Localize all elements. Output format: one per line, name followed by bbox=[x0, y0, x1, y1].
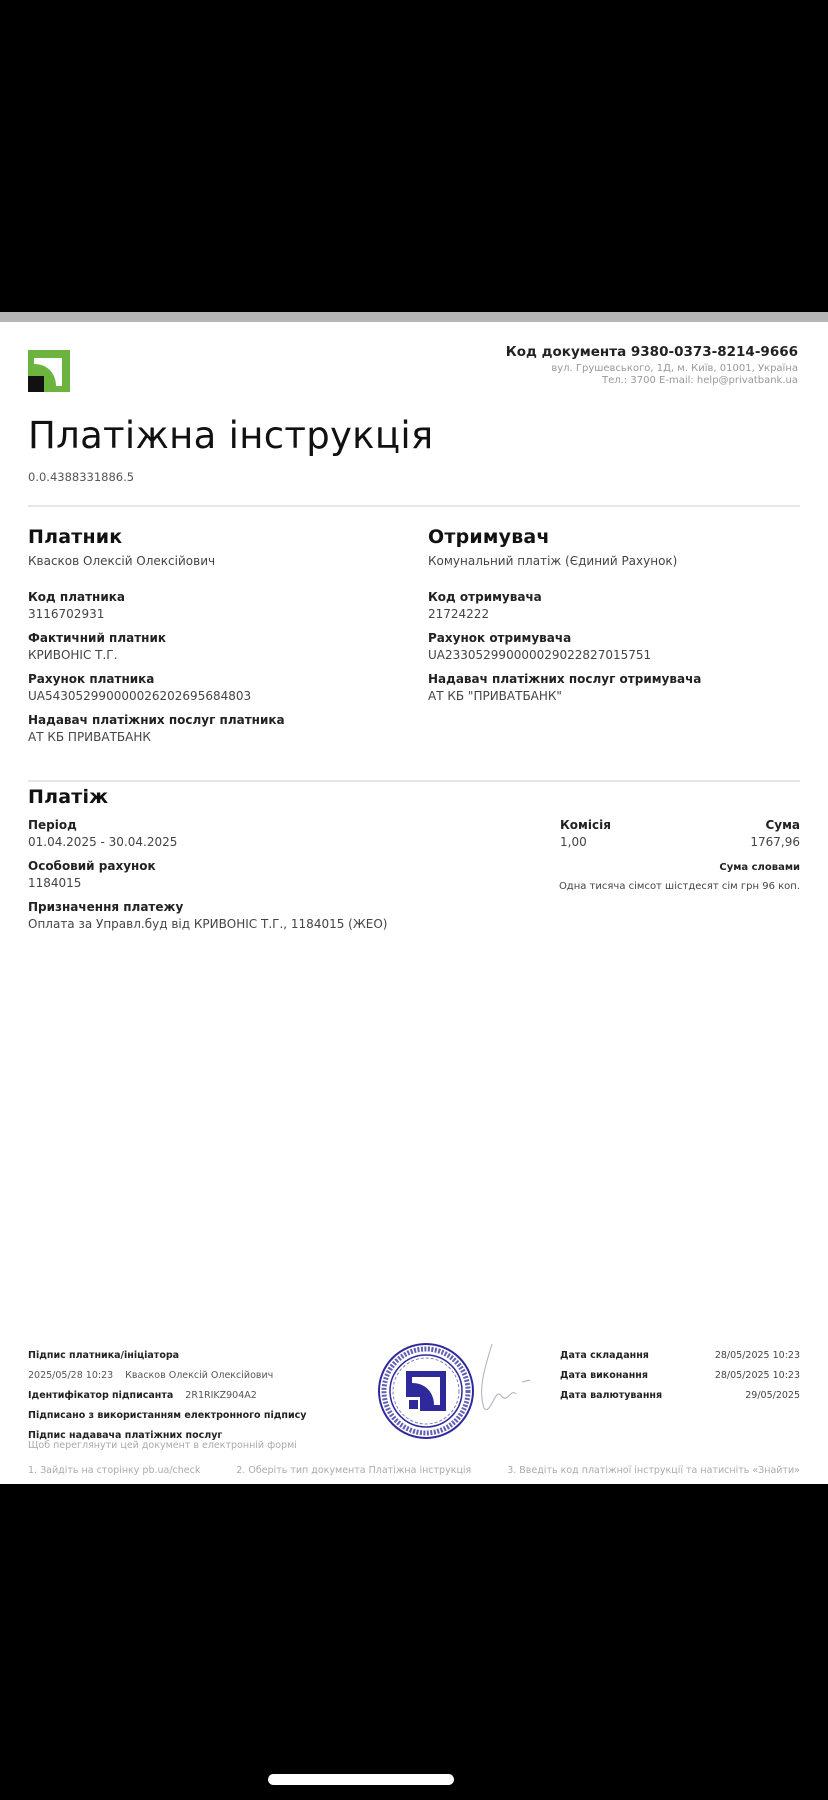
handwritten-signature-icon bbox=[470, 1340, 540, 1420]
bank-contacts: Тел.: 3700 E-mail: help@privatbank.ua bbox=[506, 375, 798, 387]
check-step-1: 1. Зайдіть на сторінку pb.ua/check bbox=[28, 1465, 200, 1476]
page-title: Платіжна інструкція bbox=[28, 414, 433, 457]
document-header: Код документа 9380-0373-8214-9666 вул. Г… bbox=[506, 344, 798, 387]
document-page: Код документа 9380-0373-8214-9666 вул. Г… bbox=[0, 322, 828, 1484]
privatbank-logo-icon bbox=[28, 350, 70, 392]
divider bbox=[28, 780, 800, 782]
payer-title: Платник bbox=[28, 526, 388, 548]
period-field: Період 01.04.2025 - 30.04.2025 bbox=[28, 818, 488, 849]
recipient-section: Отримувач Комунальний платіж (Єдиний Рах… bbox=[428, 526, 788, 703]
payer-provider-field: Надавач платіжних послуг платника АТ КБ … bbox=[28, 713, 388, 744]
payment-title: Платіж bbox=[28, 786, 800, 808]
initiator-signature: 2025/05/28 10:23Квасков Олексій Олексійо… bbox=[28, 1366, 368, 1386]
home-indicator[interactable] bbox=[268, 1774, 454, 1785]
date-value-row: Дата валютування 29/05/2025 bbox=[560, 1386, 800, 1406]
check-step-2: 2. Оберіть тип документа Платіжна інстру… bbox=[236, 1465, 471, 1476]
date-executed-row: Дата виконання 28/05/2025 10:23 bbox=[560, 1366, 800, 1386]
viewer-top-area bbox=[0, 0, 828, 312]
payment-section: Платіж Період 01.04.2025 - 30.04.2025 Ос… bbox=[28, 786, 800, 808]
personal-account-field: Особовий рахунок 1184015 bbox=[28, 859, 488, 890]
bank-stamp-icon bbox=[376, 1341, 476, 1441]
recipient-account-field: Рахунок отримувача UA2330529900000290228… bbox=[428, 631, 788, 662]
recipient-provider-field: Надавач платіжних послуг отримувача АТ К… bbox=[428, 672, 788, 703]
divider bbox=[28, 505, 800, 507]
document-number: 0.0.4388331886.5 bbox=[28, 470, 134, 484]
date-created-row: Дата складання 28/05/2025 10:23 bbox=[560, 1346, 800, 1366]
payer-code-field: Код платника 3116702931 bbox=[28, 590, 388, 621]
actual-payer-field: Фактичний платник КРИВОНІС Т.Г. bbox=[28, 631, 388, 662]
recipient-title: Отримувач bbox=[428, 526, 788, 548]
sum-in-words-field: Сума словами Одна тисяча сімсот шістдеся… bbox=[500, 862, 800, 892]
check-step-3: 3. Введіть код платіжної інструкції та н… bbox=[507, 1465, 800, 1476]
page-edge bbox=[0, 312, 828, 322]
recipient-name: Комунальний платіж (Єдиний Рахунок) bbox=[428, 554, 788, 568]
payer-account-field: Рахунок платника UA543052990000026202695… bbox=[28, 672, 388, 703]
signer-id: Ідентифікатор підписанта2R1RIKZ904A2 bbox=[28, 1386, 368, 1406]
bank-address: вул. Грушевського, 1Д, м. Київ, 01001, У… bbox=[506, 363, 798, 375]
payer-section: Платник Квасков Олексій Олексійович Код … bbox=[28, 526, 388, 744]
check-hint-title: Щоб переглянути цей документ в електронн… bbox=[28, 1440, 297, 1451]
signature-block: Підпис платника/ініціатора 2025/05/28 10… bbox=[28, 1346, 368, 1446]
payer-name: Квасков Олексій Олексійович bbox=[28, 554, 388, 568]
check-steps: 1. Зайдіть на сторінку pb.ua/check 2. Об… bbox=[28, 1465, 800, 1476]
initiator-signature-label: Підпис платника/ініціатора bbox=[28, 1346, 368, 1366]
viewer-bottom-area bbox=[0, 1484, 828, 1800]
sum-field: Сума 1767,96 bbox=[580, 818, 800, 849]
payment-purpose-field: Призначення платежу Оплата за Управл.буд… bbox=[28, 900, 488, 931]
recipient-code-field: Код отримувача 21724222 bbox=[428, 590, 788, 621]
document-code: Код документа 9380-0373-8214-9666 bbox=[506, 344, 798, 360]
dates-block: Дата складання 28/05/2025 10:23 Дата вик… bbox=[560, 1346, 800, 1406]
electronic-signature-note: Підписано з використанням електронного п… bbox=[28, 1406, 368, 1426]
